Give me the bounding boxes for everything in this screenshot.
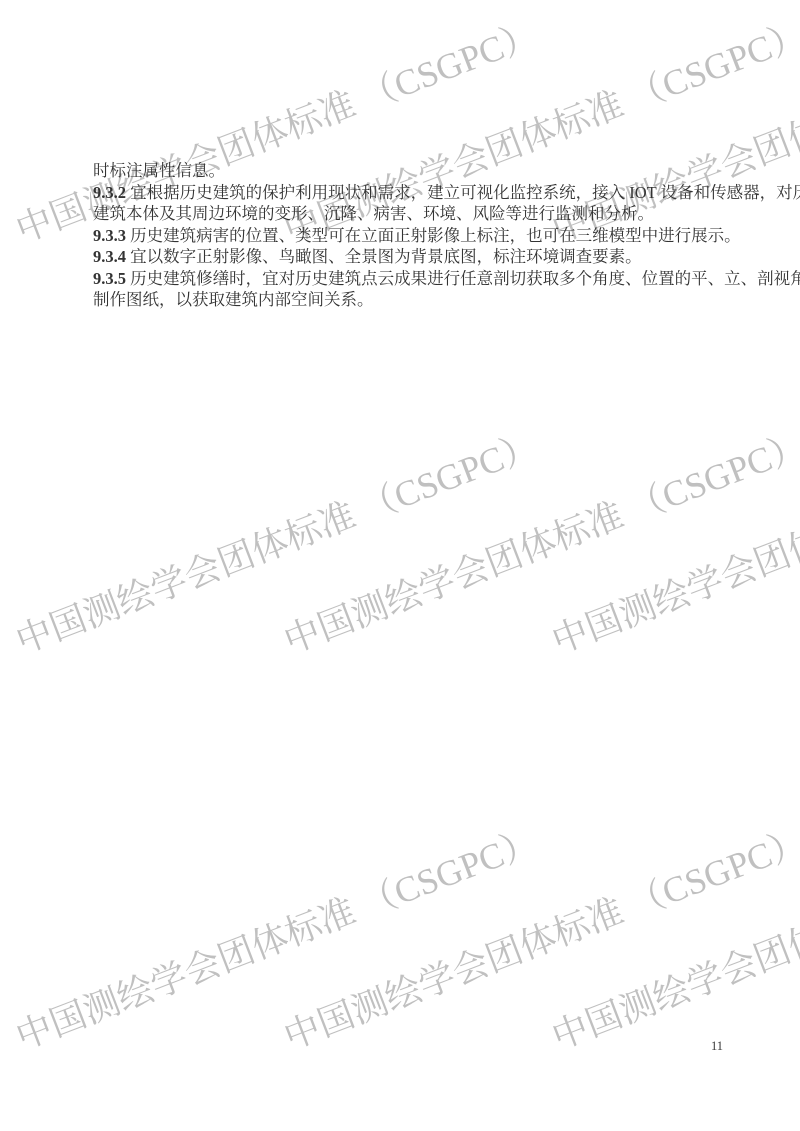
paragraph-line: 9.3.3 历史建筑病害的位置、类型可在立面正射影像上标注，也可在三维模型中进行… bbox=[93, 225, 765, 247]
clause-number: 9.3.2 bbox=[93, 183, 126, 202]
paragraph-line: 9.3.5 历史建筑修缮时，宜对历史建筑点云成果进行任意剖切获取多个角度、位置的… bbox=[93, 268, 765, 290]
clause-number: 9.3.4 bbox=[93, 247, 126, 266]
page-number: 11 bbox=[700, 1039, 734, 1054]
paragraph-line: 时标注属性信息。 bbox=[93, 160, 765, 182]
line-text: 宜根据历史建筑的保护利用现状和需求，建立可视化监控系统，接入 IOT 设备和传感… bbox=[126, 183, 800, 202]
line-text: 制作图纸，以获取建筑内部空间关系。 bbox=[93, 290, 374, 309]
clause-number: 9.3.5 bbox=[93, 269, 126, 288]
body-text-block: 时标注属性信息。 9.3.2 宜根据历史建筑的保护利用现状和需求，建立可视化监控… bbox=[93, 160, 765, 311]
document-page: 中国测绘学会团体标准 （CSGPC） 中国测绘学会团体标准 （CSGPC） 中国… bbox=[0, 0, 800, 1131]
line-text: 历史建筑病害的位置、类型可在立面正射影像上标注，也可在三维模型中进行展示。 bbox=[126, 226, 741, 245]
watermark-text: 中国测绘学会团体标准 （CSGPC） bbox=[10, 422, 545, 664]
watermark-text: 中国测绘学会团体标准 （CSGPC） bbox=[10, 818, 545, 1060]
line-text: 宜以数字正射影像、鸟瞰图、全景图为背景底图，标注环境调查要素。 bbox=[126, 247, 642, 266]
paragraph-line: 制作图纸，以获取建筑内部空间关系。 bbox=[93, 289, 765, 311]
line-text: 建筑本体及其周边环境的变形、沉降、病害、环境、风险等进行监测和分析。 bbox=[93, 204, 654, 223]
clause-number: 9.3.3 bbox=[93, 226, 126, 245]
paragraph-line: 建筑本体及其周边环境的变形、沉降、病害、环境、风险等进行监测和分析。 bbox=[93, 203, 765, 225]
line-text: 历史建筑修缮时，宜对历史建筑点云成果进行任意剖切获取多个角度、位置的平、立、剖视… bbox=[126, 269, 800, 288]
paragraph-line: 9.3.4 宜以数字正射影像、鸟瞰图、全景图为背景底图，标注环境调查要素。 bbox=[93, 246, 765, 268]
paragraph-line: 9.3.2 宜根据历史建筑的保护利用现状和需求，建立可视化监控系统，接入 IOT… bbox=[93, 182, 765, 204]
line-text: 时标注属性信息。 bbox=[93, 161, 225, 180]
